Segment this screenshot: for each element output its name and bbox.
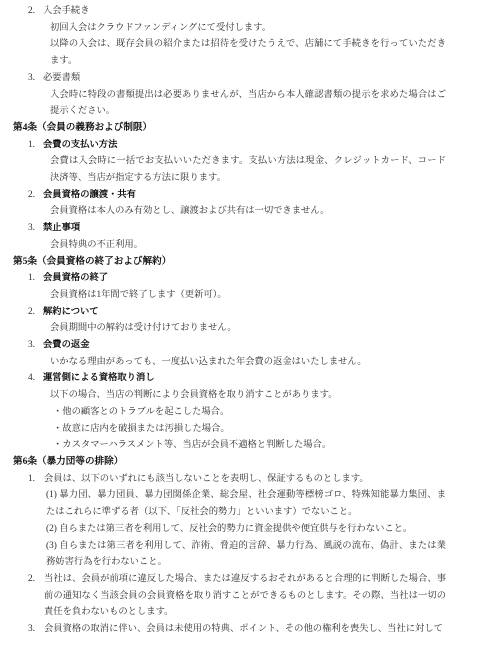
list-item-label: 禁止事項 — [43, 223, 80, 233]
paragraph-number: 2. — [28, 571, 35, 588]
list-item-cancellation: 2.解約について 会員期間中の解約は受け付けておりません。 — [13, 304, 446, 337]
bullet-item: ・カスタマーハラスメント等、当店が会員不適格と判断した場合。 — [53, 437, 446, 454]
list-item-title: 3.会費の返金 — [13, 337, 446, 354]
list-item-label: 運営側による資格取り消し — [43, 373, 155, 383]
list-item-number: 1. — [28, 137, 43, 154]
paragraph: いかなる理由があっても、一度払い込まれた年会費の返金はいたしません。 — [50, 354, 446, 371]
article-4-heading: 第4条（会員の義務および制限） — [13, 120, 446, 137]
list-item-label: 解約について — [43, 307, 99, 317]
list-item-payment-method: 1.会費の支払い方法 会費は入会時に一括でお支払いいただきます。支払い方法は現金… — [13, 137, 446, 187]
list-item-membership-end: 1.会員資格の終了 会員資格は1年間で終了します（更新可）。 — [13, 270, 446, 303]
paragraph: 会費は入会時に一括でお支払いいただきます。支払い方法は現金、クレジットカード、コ… — [50, 153, 446, 186]
article-6-heading: 第6条（暴力団等の排除） — [13, 454, 446, 471]
list-item-transfer-sharing: 2.会員資格の譲渡・共有 会員資格は本人のみ有効とし、譲渡および共有は一切できま… — [13, 187, 446, 220]
paragraph: 入会時に特段の書類提出は必要ありませんが、当店から本人確認書類の提示を求めた場合… — [50, 87, 446, 120]
list-item-title: 4.運営側による資格取り消し — [13, 370, 446, 387]
list-item-title: 1.会費の支払い方法 — [13, 137, 446, 154]
list-item-number: 2. — [28, 3, 43, 20]
list-item-refund: 3.会費の返金 いかなる理由があっても、一度払い込まれた年会費の返金はいたしませ… — [13, 337, 446, 370]
list-item-label: 会費の支払い方法 — [43, 140, 117, 150]
paragraph: 会員資格は本人のみ有効とし、譲渡および共有は一切できません。 — [50, 203, 446, 220]
list-item-number: 3. — [28, 220, 43, 237]
list-item-label: 会員資格の譲渡・共有 — [43, 190, 136, 200]
list-item-title: 3.禁止事項 — [13, 220, 446, 237]
sub-item: (1) 暴力団、暴力団員、暴力団関係企業、総会屋、社会運動等標榜ゴロ、特殊知能暴… — [46, 487, 446, 520]
list-item-title: 2.会員資格の譲渡・共有 — [13, 187, 446, 204]
paragraph: 会員は、以下のいずれにも該当しないことを表明し、保証するものとします。 — [44, 471, 446, 488]
paragraph-number: 3. — [28, 621, 35, 638]
list-item-prohibited-acts: 3.禁止事項 会員特典の不正利用。 — [13, 220, 446, 253]
list-item-title: 2.解約について — [13, 304, 446, 321]
paragraph: 会員資格は1年間で終了します（更新可）。 — [50, 287, 446, 304]
list-item-title: 2.入会手続き — [13, 3, 446, 20]
document: 2.入会手続き 初回入会はクラウドファンディングにて受付します。 以降の入会は、… — [0, 0, 478, 638]
list-item-number: 3. — [28, 337, 43, 354]
numbered-paragraph: 1. 会員は、以下のいずれにも該当しないことを表明し、保証するものとします。 (… — [13, 471, 446, 571]
list-item-number: 2. — [28, 304, 43, 321]
numbered-paragraph: 3. 会員資格の取消に伴い、会員は未使用の特典、ポイント、その他の権利を喪失し、… — [13, 621, 446, 638]
list-item-number: 1. — [28, 270, 43, 287]
paragraph: 会員期間中の解約は受け付けておりません。 — [50, 320, 446, 337]
article-5-heading: 第5条（会員資格の終了および解約） — [13, 254, 446, 271]
list-item-number: 2. — [28, 187, 43, 204]
paragraph: 会員資格の取消に伴い、会員は未使用の特典、ポイント、その他の権利を喪失し、当社に… — [44, 621, 446, 638]
list-item-required-documents: 3.必要書類 入会時に特段の書類提出は必要ありませんが、当店から本人確認書類の提… — [13, 70, 446, 120]
sub-item: (2) 自らまたは第三者を利用して、反社会的勢力に資金提供や便宜供与を行わないこ… — [46, 521, 446, 538]
paragraph: 以降の入会は、既存会員の紹介または招待を受けたうえで、店舗にて手続きを行っていた… — [50, 36, 446, 69]
numbered-paragraph: 2. 当社は、会員が前項に違反した場合、または違反するおそれがあると合理的に判断… — [13, 571, 446, 621]
paragraph-number: 1. — [28, 471, 35, 488]
list-item-label: 会費の返金 — [43, 340, 90, 350]
paragraph: 会員特典の不正利用。 — [50, 237, 446, 254]
list-item-title: 3.必要書類 — [13, 70, 446, 87]
sub-item: (3) 自らまたは第三者を利用して、詐術、脅迫的言辞、暴力行為、風説の流布、偽計… — [46, 538, 446, 571]
list-item-label: 必要書類 — [43, 73, 80, 83]
paragraph: 以下の場合、当店の判断により会員資格を取り消すことがあります。 — [50, 387, 446, 404]
bullet-item: ・故意に店内を破損または汚損した場合。 — [53, 421, 446, 438]
list-item-number: 3. — [28, 70, 43, 87]
list-item-enrollment-procedure: 2.入会手続き 初回入会はクラウドファンディングにて受付します。 以降の入会は、… — [13, 3, 446, 70]
list-item-label: 会員資格の終了 — [43, 273, 108, 283]
list-item-number: 4. — [28, 370, 43, 387]
paragraph: 当社は、会員が前項に違反した場合、または違反するおそれがあると合理的に判断した場… — [44, 571, 446, 621]
list-item-title: 1.会員資格の終了 — [13, 270, 446, 287]
bullet-item: ・他の顧客とのトラブルを起こした場合。 — [53, 404, 446, 421]
list-item-revocation: 4.運営側による資格取り消し 以下の場合、当店の判断により会員資格を取り消すこと… — [13, 370, 446, 454]
list-item-label: 入会手続き — [43, 6, 90, 16]
paragraph: 初回入会はクラウドファンディングにて受付します。 — [50, 20, 446, 37]
